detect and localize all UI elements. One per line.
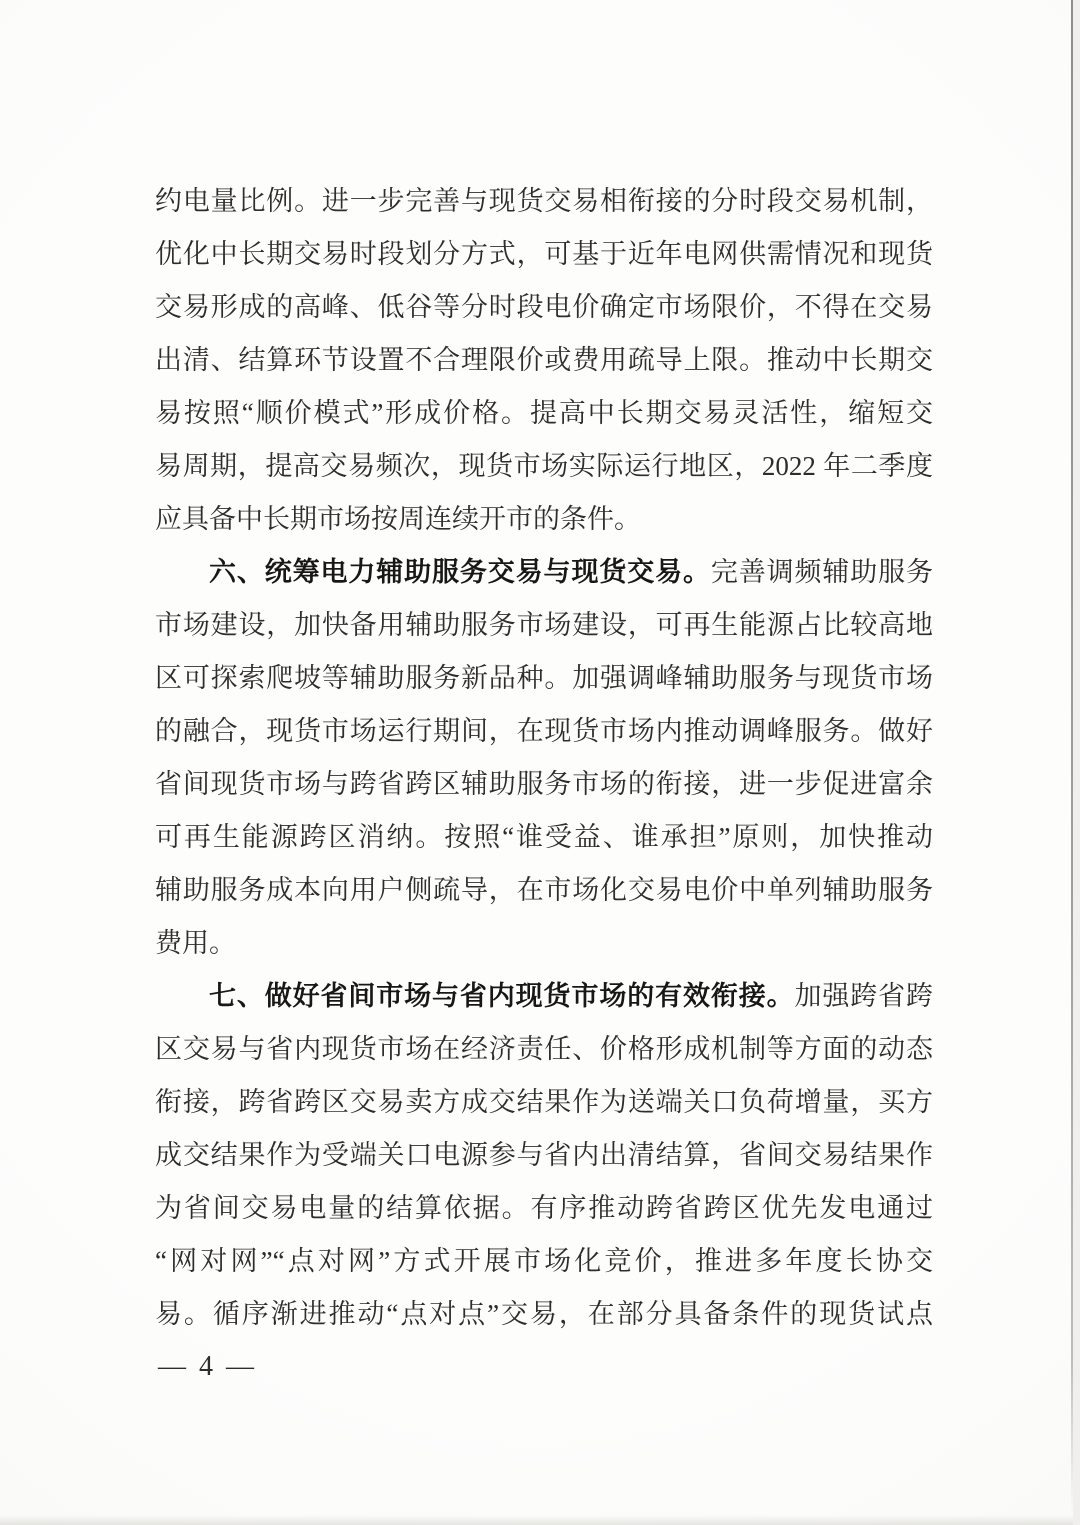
section-heading-seven-line: 七、做好省间市场与省内现货市场的有效衔接。加强跨省跨 <box>155 970 933 1023</box>
text-line: 易。循序渐进推动“点对点”交易，在部分具备条件的现货试点 <box>155 1288 933 1341</box>
text-line: 区可探索爬坡等辅助服务新品种。加强调峰辅助服务与现货市场 <box>155 652 933 705</box>
page-number: — 4 — <box>158 1350 257 1384</box>
text-line: 的融合，现货市场运行期间，在现货市场内推动调峰服务。做好 <box>155 705 933 758</box>
text-line: “网对网”“点对网”方式开展市场化竞价，推进多年度长协交 <box>155 1235 933 1288</box>
text-line: 出清、结算环节设置不合理限价或费用疏导上限。推动中长期交 <box>155 334 933 387</box>
scan-right-margin <box>1073 0 1080 1525</box>
text-line: 区交易与省内现货市场在经济责任、价格形成机制等方面的动态 <box>155 1023 933 1076</box>
scan-bottom-shadow <box>0 1515 1073 1525</box>
text-line: 优化中长期交易时段划分方式，可基于近年电网供需情况和现货 <box>155 228 933 281</box>
text-line: 易按照“顺价模式”形成价格。提高中长期交易灵活性，缩短交 <box>155 387 933 440</box>
text-run: 完善调频辅助服务 <box>711 557 933 587</box>
text-line: 交易形成的高峰、低谷等分时段电价确定市场限价，不得在交易 <box>155 281 933 334</box>
text-line: 易周期，提高交易频次，现货市场实际运行地区，2022 年二季度 <box>155 440 933 493</box>
text-line: 费用。 <box>155 917 933 970</box>
section-six-heading: 六、统筹电力辅助服务交易与现货交易。 <box>209 557 711 587</box>
scan-page-edge-line <box>1071 0 1073 1514</box>
text-line: 辅助服务成本向用户侧疏导，在市场化交易电价中单列辅助服务 <box>155 864 933 917</box>
text-line: 为省间交易电量的结算依据。有序推动跨省跨区优先发电通过 <box>155 1182 933 1235</box>
document-text: 约电量比例。进一步完善与现货交易相衔接的分时段交易机制， 优化中长期交易时段划分… <box>155 175 933 1341</box>
section-seven-heading: 七、做好省间市场与省内现货市场的有效衔接。 <box>209 981 794 1011</box>
paper-background: 约电量比例。进一步完善与现货交易相衔接的分时段交易机制， 优化中长期交易时段划分… <box>0 0 1073 1525</box>
text-line: 市场建设，加快备用辅助服务市场建设，可再生能源占比较高地 <box>155 599 933 652</box>
text-line: 可再生能源跨区消纳。按照“谁受益、谁承担”原则，加快推动 <box>155 811 933 864</box>
section-heading-six-line: 六、统筹电力辅助服务交易与现货交易。完善调频辅助服务 <box>155 546 933 599</box>
text-line: 应具备中长期市场按周连续开市的条件。 <box>155 493 933 546</box>
text-line: 省间现货市场与跨省跨区辅助服务市场的衔接，进一步促进富余 <box>155 758 933 811</box>
text-line: 约电量比例。进一步完善与现货交易相衔接的分时段交易机制， <box>155 175 933 228</box>
text-line: 衔接，跨省跨区交易卖方成交结果作为送端关口负荷增量，买方 <box>155 1076 933 1129</box>
text-line: 成交结果作为受端关口电源参与省内出清结算，省间交易结果作 <box>155 1129 933 1182</box>
text-run: 加强跨省跨 <box>794 981 933 1011</box>
scanned-document-page: 约电量比例。进一步完善与现货交易相衔接的分时段交易机制， 优化中长期交易时段划分… <box>0 0 1080 1525</box>
